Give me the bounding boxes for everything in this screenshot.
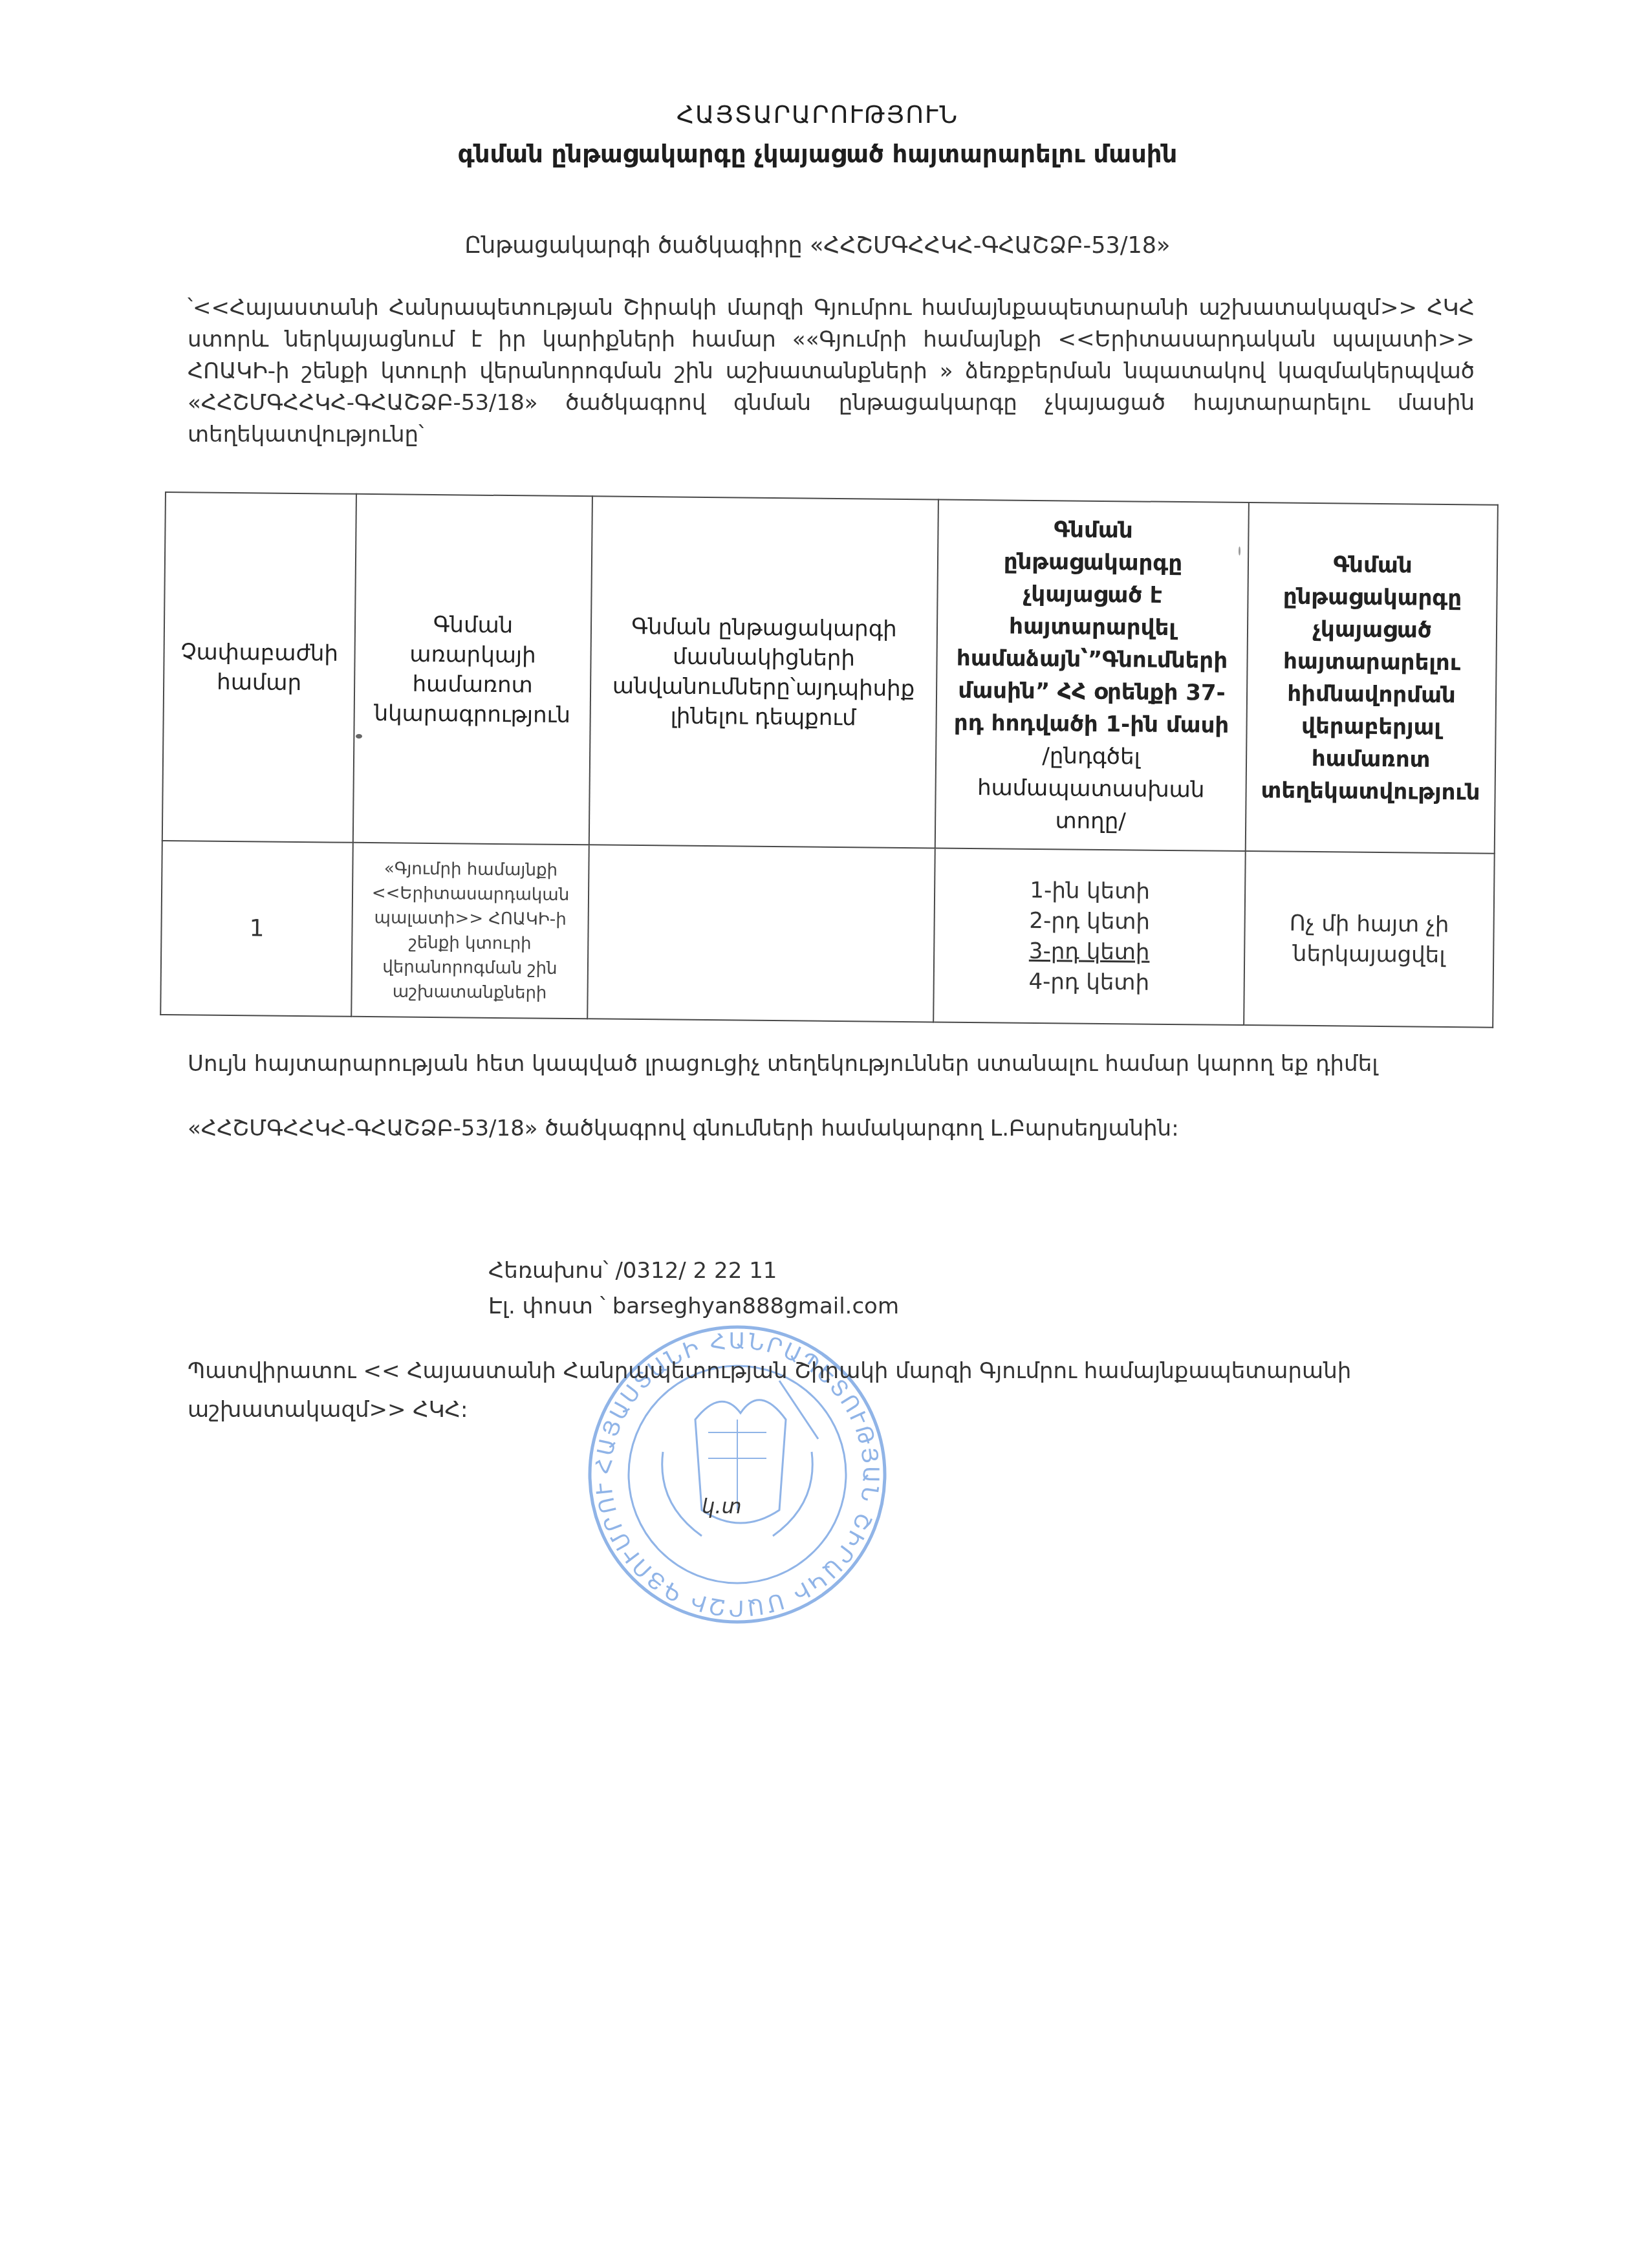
cell-lot-number: 1 (160, 841, 353, 1017)
document-subtitle: գնման ընթացակարգը չկայացած հայտարարելու … (0, 140, 1635, 168)
cell-clause-options: 1-ին կետի 2-րդ կետի 3-րդ կետի 4-րդ կետի (933, 848, 1246, 1025)
clause-option: 4-րդ կետի (941, 966, 1237, 999)
cell-participants (587, 845, 935, 1022)
info-line-2: «ՀՀՇՄԳՀՀԿՀ-ԳՀԱՇՁԲ-53/18» ծածկագրով գնում… (188, 1116, 1179, 1141)
header-subject-description: Գնման առարկայի համառոտ նկարագրություն (353, 494, 592, 845)
procedure-code: Ընթացակարգի ծածկագիրը «ՀՀՇՄԳՀՀԿՀ-ԳՀԱՇՁԲ-… (0, 233, 1635, 259)
header-lot-number: Չափաբաժնի համար (162, 492, 356, 843)
phone-label: Հեռախոս՝ (488, 1258, 609, 1284)
email-line: Էլ. փոստ ՝ barseghyan888gmail.com (488, 1293, 899, 1319)
scan-speck (1239, 546, 1240, 556)
phone-number: /0312/ 2 22 11 (615, 1258, 777, 1284)
header-participants: Գնման ընթացակարգի մասնակիցների անվանումն… (589, 496, 938, 848)
notice-table: Չափաբաժնի համար Գնման առարկայի համառոտ ն… (160, 491, 1499, 1028)
clause-option: 1-ին կետի (942, 874, 1238, 907)
info-line-1: Սույն հայտարարության հետ կապված լրացուցի… (188, 1051, 1378, 1077)
document-title: ՀԱՅՏԱՐԱՐՈՒԹՅՈՒՆ (0, 100, 1635, 129)
table-row: 1 «Գյումրի համայնքի <<Երիտասարդական պալա… (160, 841, 1494, 1028)
table-header-row: Չափաբաժնի համար Գնման առարկայի համառոտ ն… (162, 492, 1498, 854)
document-page: ՀԱՅՏԱՐԱՐՈՒԹՅՈՒՆ գնման ընթացակարգը չկայաց… (0, 0, 1635, 2268)
email-address: barseghyan888gmail.com (612, 1293, 899, 1319)
header: ՀԱՅՏԱՐԱՐՈՒԹՅՈՒՆ գնման ընթացակարգը չկայաց… (0, 100, 1635, 168)
header-reason-summary: Գնման ընթացակարգը չկայացած հայտարարելու … (1246, 502, 1498, 854)
notice-table-wrapper: Չափաբաժնի համար Գնման առարկայի համառոտ ն… (160, 491, 1497, 1028)
clause-option: 2-րդ կետի (941, 905, 1237, 938)
scan-speck (356, 734, 362, 739)
cell-reason: Ոչ մի հայտ չի ներկայացվել (1244, 851, 1495, 1028)
phone-line: Հեռախոս՝ /0312/ 2 22 11 (488, 1258, 777, 1284)
email-label: Էլ. փոստ ՝ (488, 1293, 605, 1319)
seal-label: կ.տ (702, 1494, 742, 1518)
cell-description: «Գյումրի համայնքի <<Երիտասարդական պալատի… (351, 843, 589, 1019)
intro-paragraph: ՝<<Հայաստանի Հանրապետության Շիրակի մարզի… (188, 292, 1475, 451)
clause-option: 3-րդ կետի (941, 935, 1237, 968)
header-legal-basis: Գնման ընթացակարգը չկայացած է հայտարարվել… (935, 499, 1249, 851)
client-line-1: Պատվիրատու << Հայաստանի Հանրապետության Շ… (188, 1358, 1351, 1384)
client-line-2: աշխատակազմ>> ՀԿՀ: (188, 1397, 468, 1423)
